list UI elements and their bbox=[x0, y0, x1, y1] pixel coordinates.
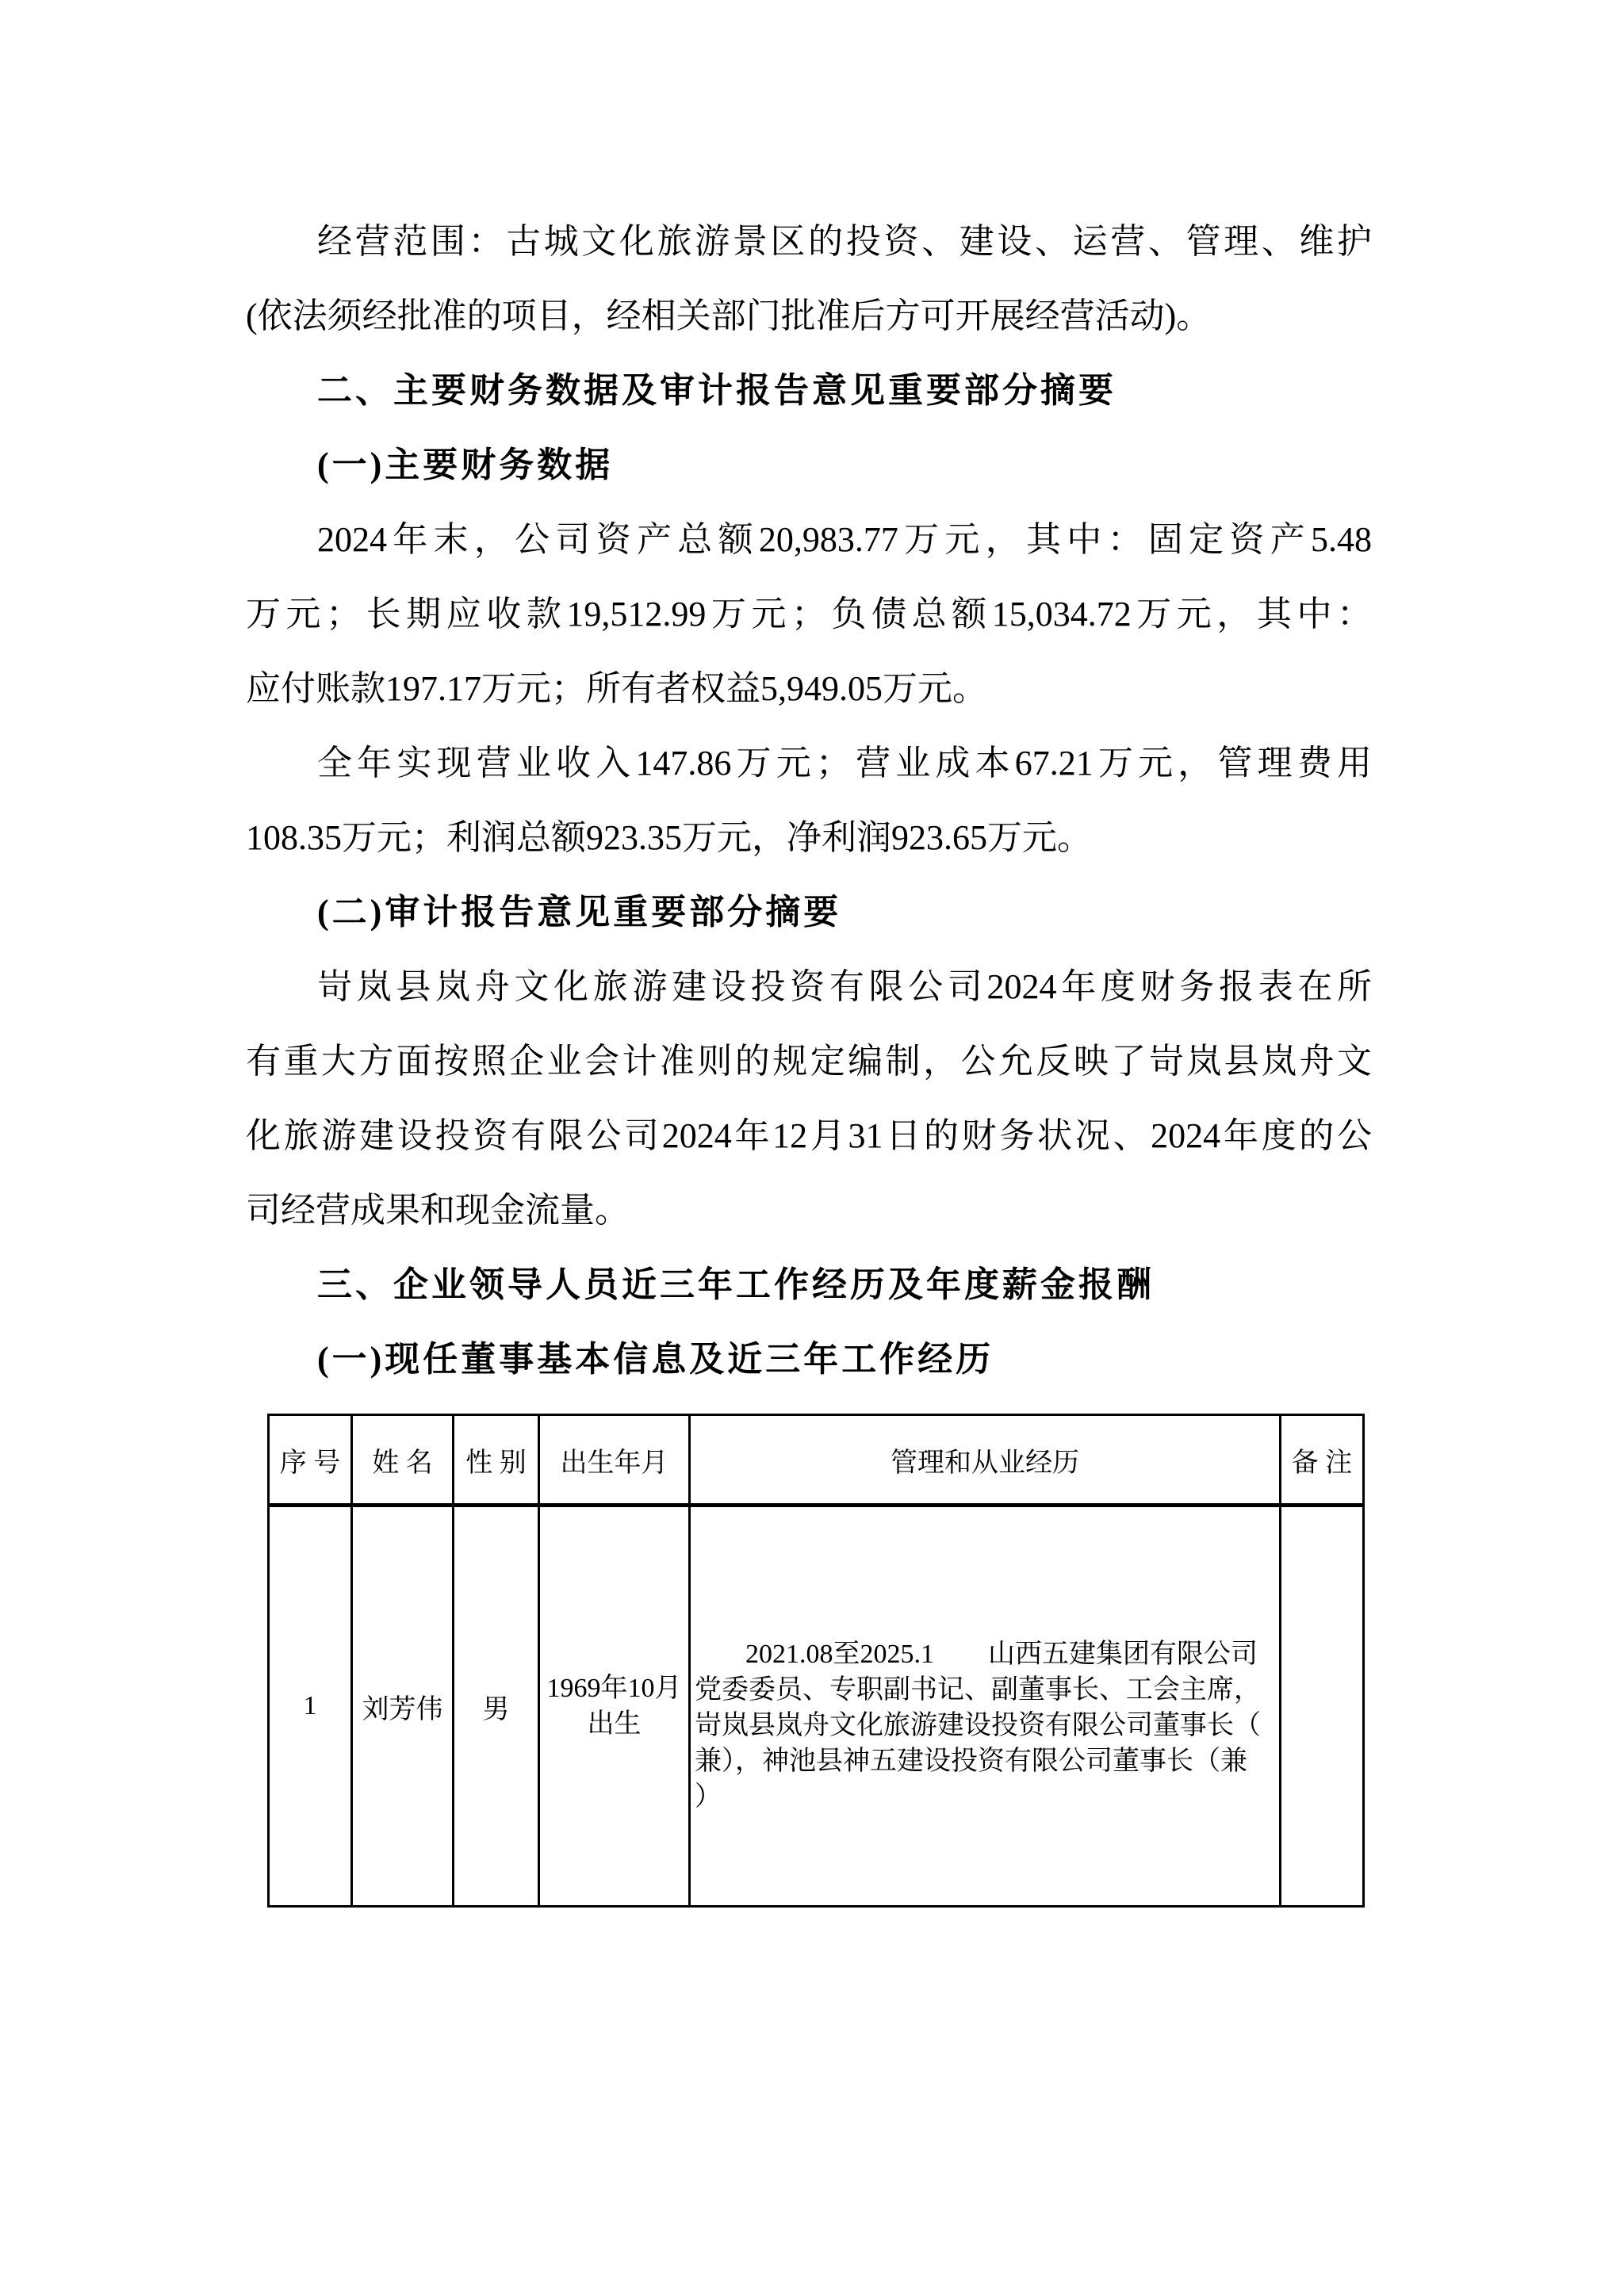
heading-subsection-3-1: (一)现任董事基本信息及近三年工作经历 bbox=[246, 1322, 1372, 1397]
column-header-experience: 管理和从业经历 bbox=[690, 1415, 1281, 1506]
column-header-gender: 性 别 bbox=[454, 1415, 539, 1506]
paragraph-financial-line-2: 万元；长期应收款19,512.99万元；负债总额15,034.72万元，其中： bbox=[246, 577, 1372, 652]
body-text: 经营范围：古城文化旅游景区的投资、建设、运营、管理、维护 (依法须经批准的项目，… bbox=[246, 205, 1372, 1397]
column-header-seq: 序 号 bbox=[269, 1415, 352, 1506]
cell-birth: 1969年10月 出生 bbox=[539, 1506, 690, 1907]
paragraph-audit-line-3: 化旅游建设投资有限公司2024年12月31日的财务状况、2024年度的公 bbox=[246, 1099, 1372, 1173]
paragraph-audit-line-1: 岢岚县岚舟文化旅游建设投资有限公司2024年度财务报表在所 bbox=[246, 950, 1372, 1024]
paragraph-audit-line-2: 有重大方面按照企业会计准则的规定编制，公允反映了岢岚县岚舟文 bbox=[246, 1024, 1372, 1099]
heading-section-2: 二、主要财务数据及审计报告意见重要部分摘要 bbox=[246, 354, 1372, 428]
column-header-name: 姓 名 bbox=[352, 1415, 454, 1506]
heading-subsection-2-1: (一)主要财务数据 bbox=[246, 428, 1372, 503]
heading-subsection-2-2: (二)审计报告意见重要部分摘要 bbox=[246, 875, 1372, 950]
paragraph-financial-line-3: 应付账款197.17万元；所有者权益5,949.05万元。 bbox=[246, 652, 1372, 726]
column-header-note: 备 注 bbox=[1281, 1415, 1364, 1506]
paragraph-revenue-line-1: 全年实现营业收入147.86万元；营业成本67.21万元，管理费用 bbox=[246, 726, 1372, 801]
heading-section-3: 三、企业领导人员近三年工作经历及年度薪金报酬 bbox=[246, 1248, 1372, 1322]
cell-seq: 1 bbox=[269, 1506, 352, 1907]
experience-text: 2021.08至2025.1 山西五建集团有限公司 党委委员、专职副书记、副董事… bbox=[695, 1507, 1275, 1905]
table-row: 1 刘芳伟 男 1969年10月 出生 2021.08至2025.1 山西五建集… bbox=[269, 1506, 1364, 1907]
paragraph-audit-line-4: 司经营成果和现金流量。 bbox=[246, 1173, 1372, 1248]
birth-line-1: 1969年10月 bbox=[540, 1670, 688, 1706]
column-header-birth: 出生年月 bbox=[539, 1415, 690, 1506]
cell-experience: 2021.08至2025.1 山西五建集团有限公司 党委委员、专职副书记、副董事… bbox=[690, 1506, 1281, 1907]
table-header-row: 序 号 姓 名 性 别 出生年月 管理和从业经历 备 注 bbox=[269, 1415, 1364, 1506]
experience-line-3: 岢岚县岚舟文化旅游建设投资有限公司董事长（ bbox=[695, 1708, 1275, 1743]
experience-line-4: 兼），神池县神五建设投资有限公司董事长（兼 bbox=[695, 1743, 1275, 1779]
experience-line-2: 党委委员、专职副书记、副董事长、工会主席， bbox=[695, 1672, 1275, 1708]
experience-line-1: 2021.08至2025.1 山西五建集团有限公司 bbox=[695, 1636, 1275, 1672]
directors-table: 序 号 姓 名 性 别 出生年月 管理和从业经历 备 注 1 刘芳伟 男 196… bbox=[267, 1414, 1365, 1908]
document-page: 经营范围：古城文化旅游景区的投资、建设、运营、管理、维护 (依法须经批准的项目，… bbox=[0, 0, 1624, 2296]
cell-gender: 男 bbox=[454, 1506, 539, 1907]
paragraph-financial-line-1: 2024年末，公司资产总额20,983.77万元，其中：固定资产5.48 bbox=[246, 503, 1372, 577]
paragraph-business-scope-line-2: (依法须经批准的项目，经相关部门批准后方可开展经营活动)。 bbox=[246, 279, 1372, 354]
paragraph-revenue-line-2: 108.35万元；利润总额923.35万元，净利润923.65万元。 bbox=[246, 801, 1372, 875]
cell-note bbox=[1281, 1506, 1364, 1907]
paragraph-business-scope-line-1: 经营范围：古城文化旅游景区的投资、建设、运营、管理、维护 bbox=[246, 205, 1372, 279]
birth-line-2: 出生 bbox=[540, 1706, 688, 1742]
cell-name: 刘芳伟 bbox=[352, 1506, 454, 1907]
experience-line-5: ） bbox=[695, 1779, 1275, 1815]
